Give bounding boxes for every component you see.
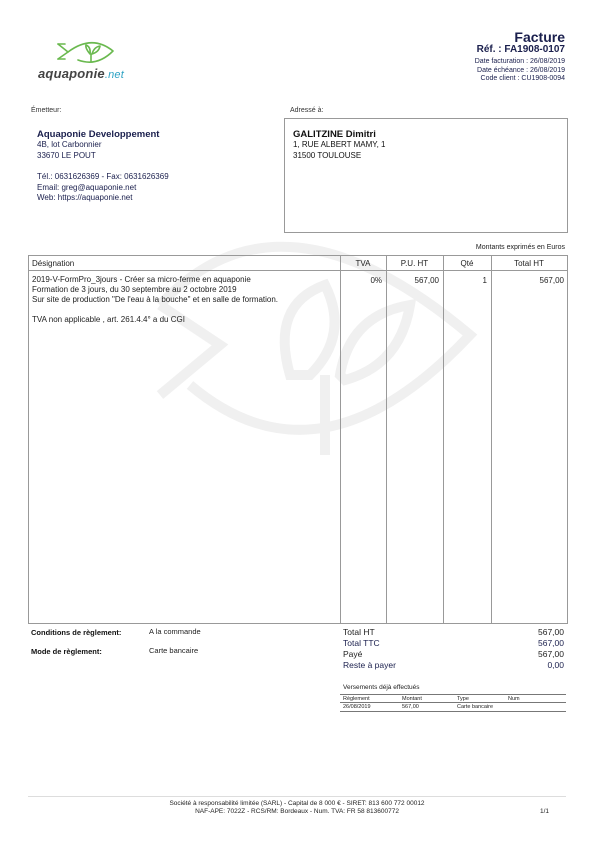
currency-note: Montants exprimés en Euros — [476, 244, 565, 251]
footer-legal-line2: NAF-APE: 7022Z - RCS/RM: Bordeaux - Num.… — [28, 808, 566, 815]
item-pu-ht: 567,00 — [386, 275, 439, 286]
total-label: Total TTC — [343, 638, 380, 648]
due-date: Date échéance : 26/08/2019 — [477, 67, 565, 76]
total-value: 567,00 — [538, 638, 564, 649]
header-tva: TVA — [340, 256, 386, 270]
item-total-ht: 567,00 — [491, 275, 564, 286]
total-ht-row: Total HT567,00 — [343, 627, 564, 638]
item-line: TVA non applicable , art. 261.4.4° a du … — [32, 315, 278, 325]
items-table: Désignation TVA P.U. HT Qté Total HT 201… — [28, 255, 568, 624]
total-value: 567,00 — [538, 649, 564, 660]
recipient-address1: 1, RUE ALBERT MAMY, 1 — [293, 140, 385, 151]
item-qty: 1 — [443, 275, 487, 286]
item-line: Sur site de production "De l'eau à la bo… — [32, 295, 278, 305]
payment-row: 26/08/2019 567,00 Carte bancaire — [340, 703, 566, 712]
table-row: 2019-V-FormPro_3jours - Créer sa micro-f… — [32, 275, 278, 325]
column-divider — [386, 256, 387, 623]
total-value: 0,00 — [547, 660, 564, 671]
document-title: Facture — [514, 29, 565, 45]
logo-wordmark: aquaponie.net — [38, 66, 124, 81]
payment-date: 26/08/2019 — [343, 703, 371, 711]
recipient-address2: 31500 TOULOUSE — [293, 151, 385, 162]
payment-terms-label: Conditions de règlement: — [31, 628, 121, 637]
remaining-row: Reste à payer0,00 — [343, 660, 564, 671]
item-line: 2019-V-FormPro_3jours - Créer sa micro-f… — [32, 275, 278, 285]
payments-table: Règlement Montant Type Num 26/08/2019 56… — [340, 694, 566, 712]
client-code: Code client : CU1908-0094 — [481, 75, 565, 84]
sender-label: Émetteur: — [31, 107, 61, 114]
sender-address1: 4B, lot Carbonnier — [37, 140, 169, 151]
sender-address2: 33670 LE POUT — [37, 151, 169, 162]
total-label: Reste à payer — [343, 660, 396, 670]
footer-legal-line1: Société à responsabilité limitée (SARL) … — [28, 800, 566, 807]
header-designation: Désignation — [32, 256, 332, 270]
paid-row: Payé567,00 — [343, 649, 564, 660]
sender-email: Email: greg@aquaponie.net — [37, 183, 169, 194]
item-line: Formation de 3 jours, du 30 septembre au… — [32, 285, 278, 295]
item-line — [32, 305, 278, 315]
total-label: Payé — [343, 649, 362, 659]
sender-web: Web: https://aquaponie.net — [37, 193, 169, 204]
payments-header-amount: Montant — [402, 695, 422, 703]
total-label: Total HT — [343, 627, 375, 637]
invoice-reference: Réf. : FA1908-0107 — [477, 44, 565, 55]
payments-title: Versements déjà effectués — [343, 684, 419, 691]
recipient-box: GALITZINE Dimitri 1, RUE ALBERT MAMY, 1 … — [284, 118, 568, 233]
column-divider — [340, 256, 341, 623]
total-value: 567,00 — [538, 627, 564, 638]
invoice-date: Date facturation : 26/08/2019 — [475, 58, 565, 67]
payment-method-label: Mode de règlement: — [31, 647, 102, 656]
payment-method-value: Carte bancaire — [149, 646, 198, 655]
payment-terms-value: A la commande — [149, 627, 201, 636]
payment-type: Carte bancaire — [457, 703, 493, 711]
payments-header-type: Type — [457, 695, 469, 703]
header-pu-ht: P.U. HT — [386, 256, 443, 270]
recipient-name: GALITZINE Dimitri — [293, 129, 385, 140]
payments-header-date: Règlement — [343, 695, 370, 703]
total-ttc-row: Total TTC567,00 — [343, 638, 564, 649]
recipient-label: Adressé à: — [290, 107, 323, 114]
page-number: 1/1 — [540, 808, 549, 815]
sender-name: Aquaponie Developpement — [37, 129, 169, 140]
header-qty: Qté — [443, 256, 491, 270]
payments-header: Règlement Montant Type Num — [340, 694, 566, 703]
column-divider — [491, 256, 492, 623]
column-divider — [443, 256, 444, 623]
item-tva: 0% — [340, 275, 382, 286]
sender-block: Aquaponie Developpement 4B, lot Carbonni… — [37, 129, 169, 204]
header-total-ht: Total HT — [491, 256, 567, 270]
payment-amount: 567,00 — [402, 703, 419, 711]
payments-header-num: Num — [508, 695, 520, 703]
sender-phone: Tél.: 0631626369 - Fax: 0631626369 — [37, 172, 169, 183]
logo-tld: .net — [105, 69, 124, 81]
footer-divider — [28, 796, 566, 797]
logo-text: aquaponie — [38, 66, 105, 81]
